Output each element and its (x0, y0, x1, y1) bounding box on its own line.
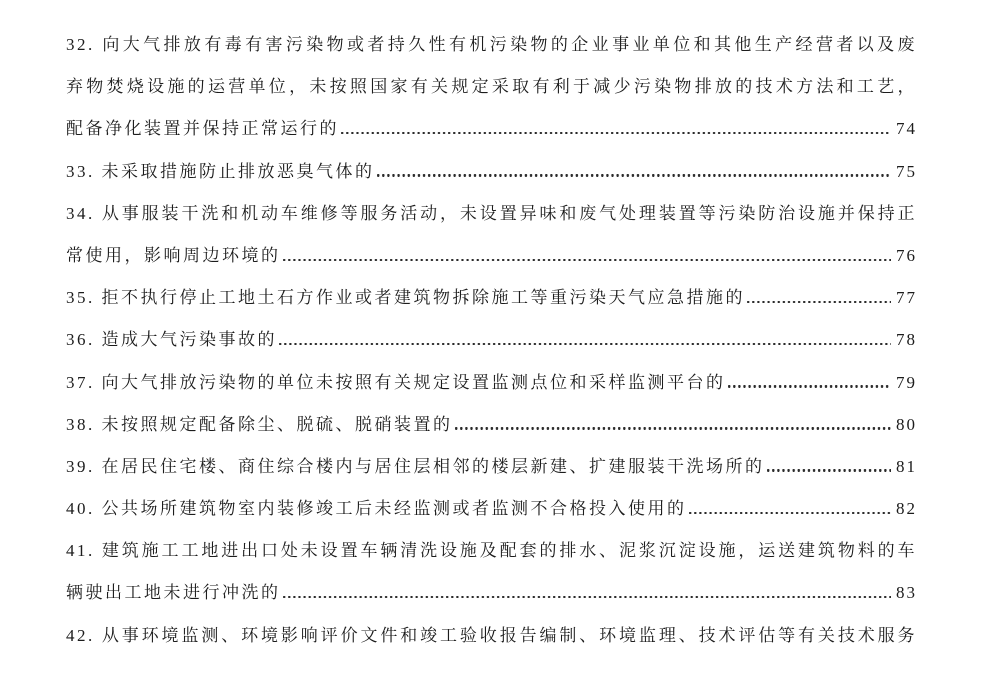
toc-line-text: 32. 向大气排放有毒有害污染物或者持久性有机污染物的企业事业单位和其他生产经营… (66, 35, 917, 54)
page-number: 75 (896, 151, 917, 193)
page-number: 80 (896, 404, 917, 446)
page-number: 78 (896, 319, 917, 361)
toc-line[interactable]: 常使用，影响周边环境的 76 (66, 235, 917, 277)
toc-line[interactable]: 33. 未采取措施防止排放恶臭气体的 75 (66, 151, 917, 193)
dot-leader (728, 385, 892, 387)
dot-leader (767, 469, 892, 471)
toc-line-text: 42. 从事环境监测、环境影响评价文件和竣工验收报告编制、环境监理、技术评估等有… (66, 626, 917, 645)
toc-line-text: 39. 在居民住宅楼、商住综合楼内与居住层相邻的楼层新建、扩建服装干洗场所的 (66, 446, 765, 488)
toc-line[interactable]: 配备净化装置并保持正常运行的 74 (66, 108, 917, 150)
dot-leader (377, 174, 892, 176)
dot-leader (341, 132, 891, 134)
toc-line[interactable]: 37. 向大气排放污染物的单位未按照有关规定设置监测点位和采样监测平台的 79 (66, 362, 917, 404)
toc-line-text: 35. 拒不执行停止工地土石方作业或者建筑物拆除施工等重污染天气应急措施的 (66, 277, 745, 319)
toc-line-text: 33. 未采取措施防止排放恶臭气体的 (66, 151, 375, 193)
toc-line-text: 38. 未按照规定配备除尘、脱硫、脱硝装置的 (66, 404, 453, 446)
page-number: 81 (896, 446, 917, 488)
toc-line-text: 37. 向大气排放污染物的单位未按照有关规定设置监测点位和采样监测平台的 (66, 362, 726, 404)
toc-line[interactable]: 42. 从事环境监测、环境影响评价文件和竣工验收报告编制、环境监理、技术评估等有… (66, 615, 917, 657)
dot-leader (455, 427, 892, 429)
toc-line-text: 34. 从事服装干洗和机动车维修等服务活动，未设置异味和废气处理装置等污染防治设… (66, 204, 917, 223)
toc-line-text: 40. 公共场所建筑物室内装修竣工后未经监测或者监测不合格投入使用的 (66, 488, 687, 530)
toc-line[interactable]: 36. 造成大气污染事故的 78 (66, 319, 917, 361)
toc-line-text: 41. 建筑施工工地进出口处未设置车辆清洗设施及配套的排水、泥浆沉淀设施，运送建… (66, 541, 917, 560)
page-number: 77 (896, 277, 917, 319)
dot-leader (283, 259, 892, 261)
page-number: 74 (896, 108, 917, 150)
toc-list: 32. 向大气排放有毒有害污染物或者持久性有机污染物的企业事业单位和其他生产经营… (0, 0, 990, 696)
page-number: 76 (896, 235, 917, 277)
toc-line[interactable]: 辆驶出工地未进行冲洗的 83 (66, 572, 917, 614)
toc-line[interactable]: 40. 公共场所建筑物室内装修竣工后未经监测或者监测不合格投入使用的 82 (66, 488, 917, 530)
toc-line-text: 36. 造成大气污染事故的 (66, 319, 277, 361)
page-number: 79 (896, 362, 917, 404)
document-page: 32. 向大气排放有毒有害污染物或者持久性有机污染物的企业事业单位和其他生产经营… (0, 0, 990, 696)
toc-line[interactable]: 32. 向大气排放有毒有害污染物或者持久性有机污染物的企业事业单位和其他生产经营… (66, 24, 917, 66)
toc-line[interactable]: 39. 在居民住宅楼、商住综合楼内与居住层相邻的楼层新建、扩建服装干洗场所的 8… (66, 446, 917, 488)
toc-line-text: 弃物焚烧设施的运营单位，未按照国家有关规定采取有利于减少污染物排放的技术方法和工… (66, 77, 917, 96)
dot-leader (689, 512, 892, 514)
toc-line[interactable]: 弃物焚烧设施的运营单位，未按照国家有关规定采取有利于减少污染物排放的技术方法和工… (66, 66, 917, 108)
dot-leader (283, 596, 892, 598)
page-number: 83 (896, 572, 917, 614)
toc-line[interactable]: 34. 从事服装干洗和机动车维修等服务活动，未设置异味和废气处理装置等污染防治设… (66, 193, 917, 235)
toc-line-text: 常使用，影响周边环境的 (66, 235, 281, 277)
page-number: 82 (896, 488, 917, 530)
toc-line-text: 配备净化装置并保持正常运行的 (66, 108, 339, 150)
dot-leader (747, 301, 891, 303)
toc-line-text: 辆驶出工地未进行冲洗的 (66, 572, 281, 614)
toc-line[interactable]: 38. 未按照规定配备除尘、脱硫、脱硝装置的 80 (66, 404, 917, 446)
toc-line[interactable]: 41. 建筑施工工地进出口处未设置车辆清洗设施及配套的排水、泥浆沉淀设施，运送建… (66, 530, 917, 572)
toc-line[interactable]: 35. 拒不执行停止工地土石方作业或者建筑物拆除施工等重污染天气应急措施的 77 (66, 277, 917, 319)
dot-leader (279, 343, 891, 345)
